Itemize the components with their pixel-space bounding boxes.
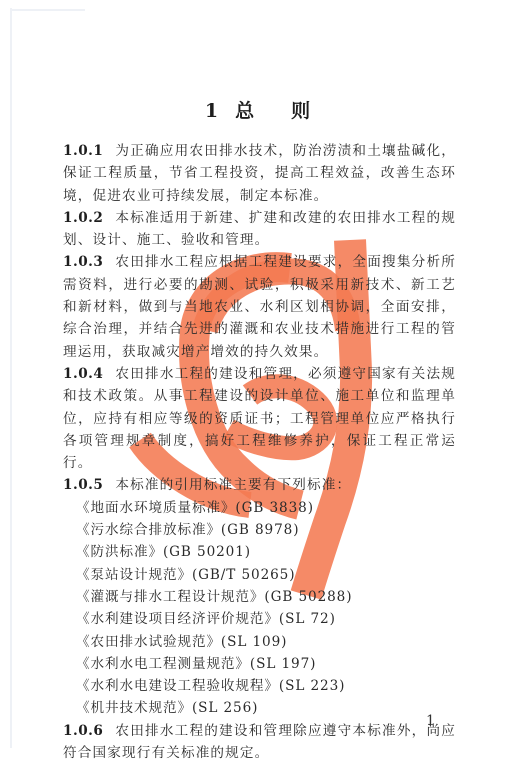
chapter-title: 1总则 (0, 96, 516, 123)
page-number: 1 (426, 713, 435, 729)
clause-text: 本标准的引用标准主要有下列标准： (115, 477, 351, 493)
clause-1-0-2: 1.0.2本标准适用于新建、扩建和改建的农田排水工程的规划、设计、施工、验收和管… (63, 207, 456, 252)
reference-item: 《农田排水试验规范》(SL 109) (63, 631, 456, 653)
reference-item: 《地面水环境质量标准》(GB 3838) (63, 497, 456, 519)
reference-item: 《防洪标准》(GB 50201) (63, 541, 456, 563)
clause-number: 1.0.6 (63, 723, 103, 739)
chapter-title-char-1: 总 (235, 100, 255, 122)
clause-1-0-5: 1.0.5本标准的引用标准主要有下列标准： (63, 474, 456, 496)
reference-item: 《污水综合排放标准》(GB 8978) (63, 519, 456, 541)
clause-number: 1.0.1 (63, 143, 103, 159)
chapter-title-char-2: 则 (291, 100, 311, 122)
reference-item: 《水利水电建设工程验收规程》(SL 223) (63, 675, 456, 697)
clause-text: 农田排水工程的建设和管理，必须遵守国家有关法规和技术政策。从事工程建设的设计单位… (63, 366, 456, 471)
reference-item: 《泵站设计规范》(GB/T 50265) (63, 564, 456, 586)
clause-text: 为正确应用农田排水技术，防治涝渍和土壤盐碱化，保证工程质量，节省工程投资，提高工… (63, 143, 456, 204)
clause-1-0-4: 1.0.4农田排水工程的建设和管理，必须遵守国家有关法规和技术政策。从事工程建设… (63, 363, 456, 474)
reference-item: 《水利建设项目经济评价规范》(SL 72) (63, 608, 456, 630)
clause-number: 1.0.5 (63, 477, 103, 493)
clause-text: 农田排水工程应根据工程建设要求，全面搜集分析所需资料，进行必要的勘测、试验，积极… (63, 254, 456, 359)
reference-item: 《灌溉与排水工程设计规范》(GB 50288) (63, 586, 456, 608)
clause-text: 农田排水工程的建设和管理除应遵守本标准外，尚应符合国家现行有关标准的规定。 (63, 723, 456, 761)
chapter-number: 1 (205, 100, 219, 122)
clause-1-0-6: 1.0.6农田排水工程的建设和管理除应遵守本标准外，尚应符合国家现行有关标准的规… (63, 720, 456, 765)
clause-1-0-1: 1.0.1为正确应用农田排水技术，防治涝渍和土壤盐碱化，保证工程质量，节省工程投… (63, 140, 456, 207)
clause-text: 本标准适用于新建、扩建和改建的农田排水工程的规划、设计、施工、验收和管理。 (63, 210, 456, 248)
referenced-standards-list: 《地面水环境质量标准》(GB 3838) 《污水综合排放标准》(GB 8978)… (63, 497, 456, 720)
reference-item: 《机井技术规范》(SL 256) (63, 697, 456, 719)
clause-1-0-3: 1.0.3农田排水工程应根据工程建设要求，全面搜集分析所需资料，进行必要的勘测、… (63, 251, 456, 362)
reference-item: 《水利水电工程测量规范》(SL 197) (63, 653, 456, 675)
clause-number: 1.0.3 (63, 254, 103, 270)
page-edge-shadow-top (10, 9, 85, 11)
clause-number: 1.0.4 (63, 366, 103, 382)
clause-number: 1.0.2 (63, 210, 103, 226)
document-body: 1.0.1为正确应用农田排水技术，防治涝渍和土壤盐碱化，保证工程质量，节省工程投… (63, 140, 456, 764)
